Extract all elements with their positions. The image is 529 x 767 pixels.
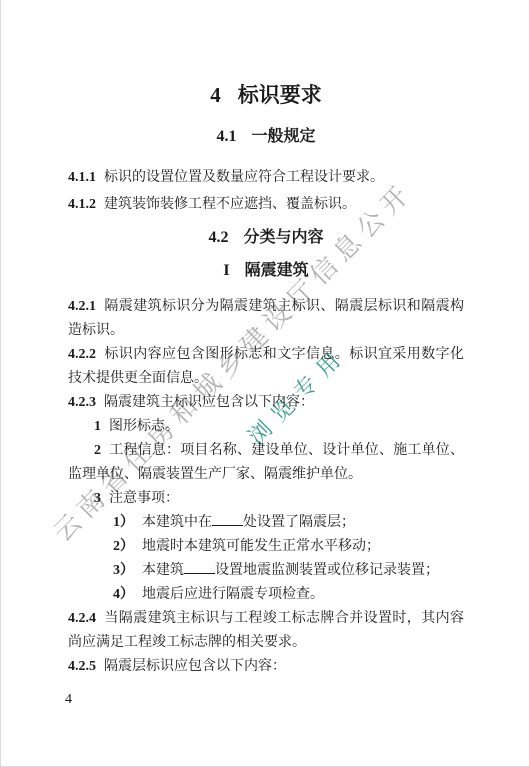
sub-item-text: 地震时本建筑可能发生正常水平移动； <box>142 539 380 554</box>
clause-text: 隔震建筑标识分为隔震建筑主标识、隔震层标识和隔震构造标识。 <box>68 299 464 338</box>
clause-number: 4.1.1 <box>68 170 96 185</box>
clause-text: 标识的设置位置及数量应符合工程设计要求。 <box>104 170 384 185</box>
clause-text: 隔震层标识应包含以下内容： <box>104 659 286 674</box>
clause-4-2-4: 4.2.4当隔震建筑主标识与工程竣工标志牌合并设置时，其内容尚应满足工程竣工标志… <box>68 607 464 655</box>
sub-item-text: 本建筑中在 <box>142 515 212 530</box>
sub-item-number: 4） <box>113 587 134 602</box>
item-number: 2 <box>94 443 101 458</box>
clause-number: 4.2.2 <box>68 347 96 362</box>
item-text: 图形标志。 <box>109 419 179 434</box>
sub-item-text: 地震后应进行隔震专项检查。 <box>142 587 324 602</box>
sub-item-text: 处设置了隔震层； <box>243 515 355 530</box>
chapter-title-text: 标识要求 <box>238 83 322 107</box>
clause-number: 4.2.3 <box>68 395 96 410</box>
sub-item-text: 本建筑 <box>142 563 184 578</box>
sub-item-number: 2） <box>113 539 134 554</box>
clause-text: 隔震建筑主标识应包含以下内容： <box>104 395 314 410</box>
item-number: 3 <box>94 491 101 506</box>
clause-text: 当隔震建筑主标识与工程竣工标志牌合并设置时，其内容尚应满足工程竣工标志牌的相关要… <box>68 611 464 650</box>
list-item-2: 2工程信息：项目名称、建设单位、设计单位、施工单位、监理单位、隔震装置生产厂家、… <box>68 439 464 487</box>
clause-4-2-3: 4.2.3隔震建筑主标识应包含以下内容： <box>68 391 464 415</box>
subsection-number: I <box>223 262 229 279</box>
item-text: 注意事项： <box>109 491 179 506</box>
document-page: 云南省住房和城乡建设厅信息公开 浏览专用 4标识要求 4.1一般规定 4.1.1… <box>0 0 529 767</box>
sub-item-3: 3）本建筑设置地震监测装置或位移记录装置； <box>68 559 464 583</box>
section-title-text: 分类与内容 <box>243 229 323 246</box>
blank-line <box>184 560 215 574</box>
page-number: 4 <box>65 692 72 708</box>
list-item-1: 1图形标志。 <box>68 415 464 439</box>
subsection-title-text: 隔震建筑 <box>245 262 309 279</box>
clause-number: 4.1.2 <box>68 197 96 212</box>
clause-4-2-1: 4.2.1隔震建筑标识分为隔震建筑主标识、隔震层标识和隔震构造标识。 <box>68 295 464 343</box>
chapter-title: 4标识要求 <box>68 83 464 107</box>
clause-number: 4.2.5 <box>68 659 96 674</box>
sub-item-number: 3） <box>113 563 134 578</box>
clause-4-2-5: 4.2.5隔震层标识应包含以下内容： <box>68 655 464 679</box>
section-heading-4-2: 4.2分类与内容 <box>68 228 464 248</box>
item-number: 1 <box>94 419 101 434</box>
sub-item-1: 1）本建筑中在处设置了隔震层； <box>68 511 464 535</box>
sub-item-4: 4）地震后应进行隔震专项检查。 <box>68 583 464 607</box>
chapter-number: 4 <box>210 83 221 107</box>
section-number: 4.2 <box>208 229 228 246</box>
clause-text: 标识内容应包含图形标志和文字信息。标识宜采用数字化技术提供更全面信息。 <box>68 347 464 386</box>
clause-number: 4.2.1 <box>68 299 96 314</box>
item-text: 工程信息：项目名称、建设单位、设计单位、施工单位、监理单位、隔震装置生产厂家、隔… <box>68 443 464 482</box>
sub-item-text: 设置地震监测装置或位移记录装置； <box>215 563 439 578</box>
section-heading-4-1: 4.1一般规定 <box>68 127 464 147</box>
clause-text: 建筑装饰装修工程不应遮挡、覆盖标识。 <box>104 197 356 212</box>
list-item-3: 3注意事项： <box>68 487 464 511</box>
clause-number: 4.2.4 <box>68 611 96 626</box>
blank-line <box>212 512 243 526</box>
sub-item-2: 2）地震时本建筑可能发生正常水平移动； <box>68 535 464 559</box>
clause-4-1-1: 4.1.1标识的设置位置及数量应符合工程设计要求。 <box>68 166 464 190</box>
section-number: 4.1 <box>216 128 236 145</box>
sub-item-number: 1） <box>113 515 134 530</box>
clause-4-2-2: 4.2.2标识内容应包含图形标志和文字信息。标识宜采用数字化技术提供更全面信息。 <box>68 343 464 391</box>
subsection-heading-isolation: I隔震建筑 <box>68 261 464 281</box>
clause-4-1-2: 4.1.2建筑装饰装修工程不应遮挡、覆盖标识。 <box>68 193 464 217</box>
section-title-text: 一般规定 <box>251 128 315 145</box>
